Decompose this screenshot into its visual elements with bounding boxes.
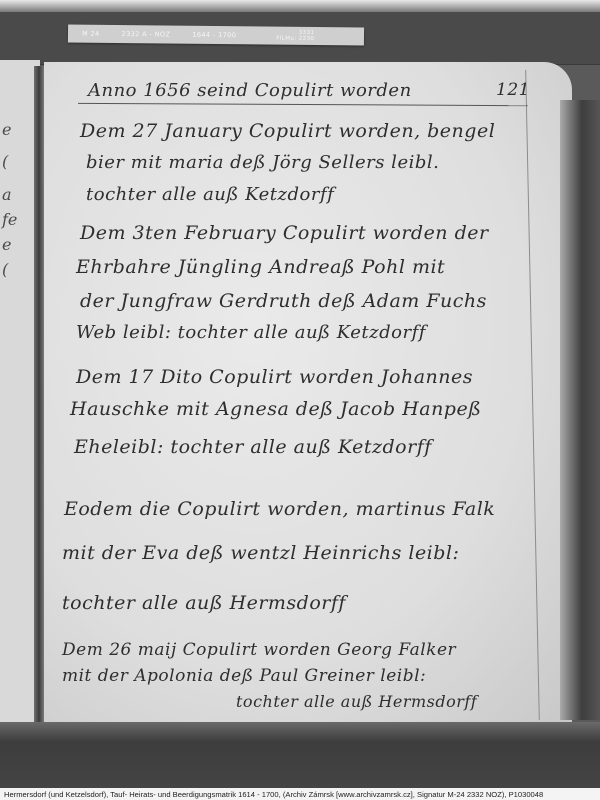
entry-line: Web leibl: tochter alle auß Ketzdorff — [76, 322, 426, 343]
page-bottom-shadow — [0, 722, 600, 788]
archive-label-strip: M 24 2332 A - NOZ 1644 - 1700 3331 FILMu… — [68, 24, 364, 45]
label-years: 1644 - 1700 — [192, 31, 236, 39]
label-film-number: FILMu: 2230 — [276, 36, 314, 42]
label-volume: 2332 A - NOZ — [122, 30, 171, 39]
entry-line: tochter alle auß Hermsdorff — [236, 692, 477, 711]
entry-line: Dem 26 maij Copulirt worden Georg Falker — [62, 640, 456, 660]
entry-line: mit der Eva deß wentzl Heinrichs leibl: — [62, 542, 459, 564]
archive-caption: Hermersdorf (und Ketzelsdorf), Tauf- Hei… — [4, 789, 600, 800]
entry-line: bier mit maria deß Jörg Sellers leibl. — [86, 152, 439, 173]
page-right-edge — [560, 100, 600, 720]
page-heading: Anno 1656 seind Copulirt worden — [88, 80, 412, 101]
entry-line: Eodem die Copulirt worden, martinus Falk — [64, 498, 495, 520]
scanned-register-image: M 24 2332 A - NOZ 1644 - 1700 3331 FILMu… — [0, 0, 600, 788]
left-page-fragment: a — [2, 185, 12, 204]
left-page-fragment: e — [2, 235, 11, 254]
entry-line: Ehrbahre Jüngling Andreaß Pohl mit — [76, 256, 445, 278]
book-gutter — [34, 66, 44, 726]
label-film: 3331 FILMu: 2230 — [276, 30, 314, 42]
label-signature: M 24 — [82, 30, 100, 38]
left-page-fragment: e — [2, 120, 11, 139]
entry-line: Eheleibl: tochter alle auß Ketzdorff — [74, 436, 432, 458]
entry-line: Dem 3ten February Copulirt worden der — [80, 222, 489, 244]
left-page-fragment: ( — [2, 152, 8, 171]
left-page-fragment: ( — [2, 260, 8, 279]
entry-line: Dem 17 Dito Copulirt worden Johannes — [76, 366, 473, 388]
left-page-fragment: fe — [2, 210, 17, 229]
entry-line: Hauschke mit Agnesa deß Jacob Hanpeß — [70, 398, 481, 420]
entry-line: der Jungfraw Gerdruth deß Adam Fuchs — [80, 290, 487, 312]
page-number: 121 — [496, 80, 530, 100]
entry-line: mit der Apolonia deß Paul Greiner leibl: — [62, 666, 426, 686]
entry-line: tochter alle auß Ketzdorff — [86, 184, 334, 205]
scan-top-edge — [0, 0, 600, 12]
entry-line: Dem 27 January Copulirt worden, bengel — [80, 120, 495, 142]
entry-line: tochter alle auß Hermsdorff — [62, 592, 346, 614]
